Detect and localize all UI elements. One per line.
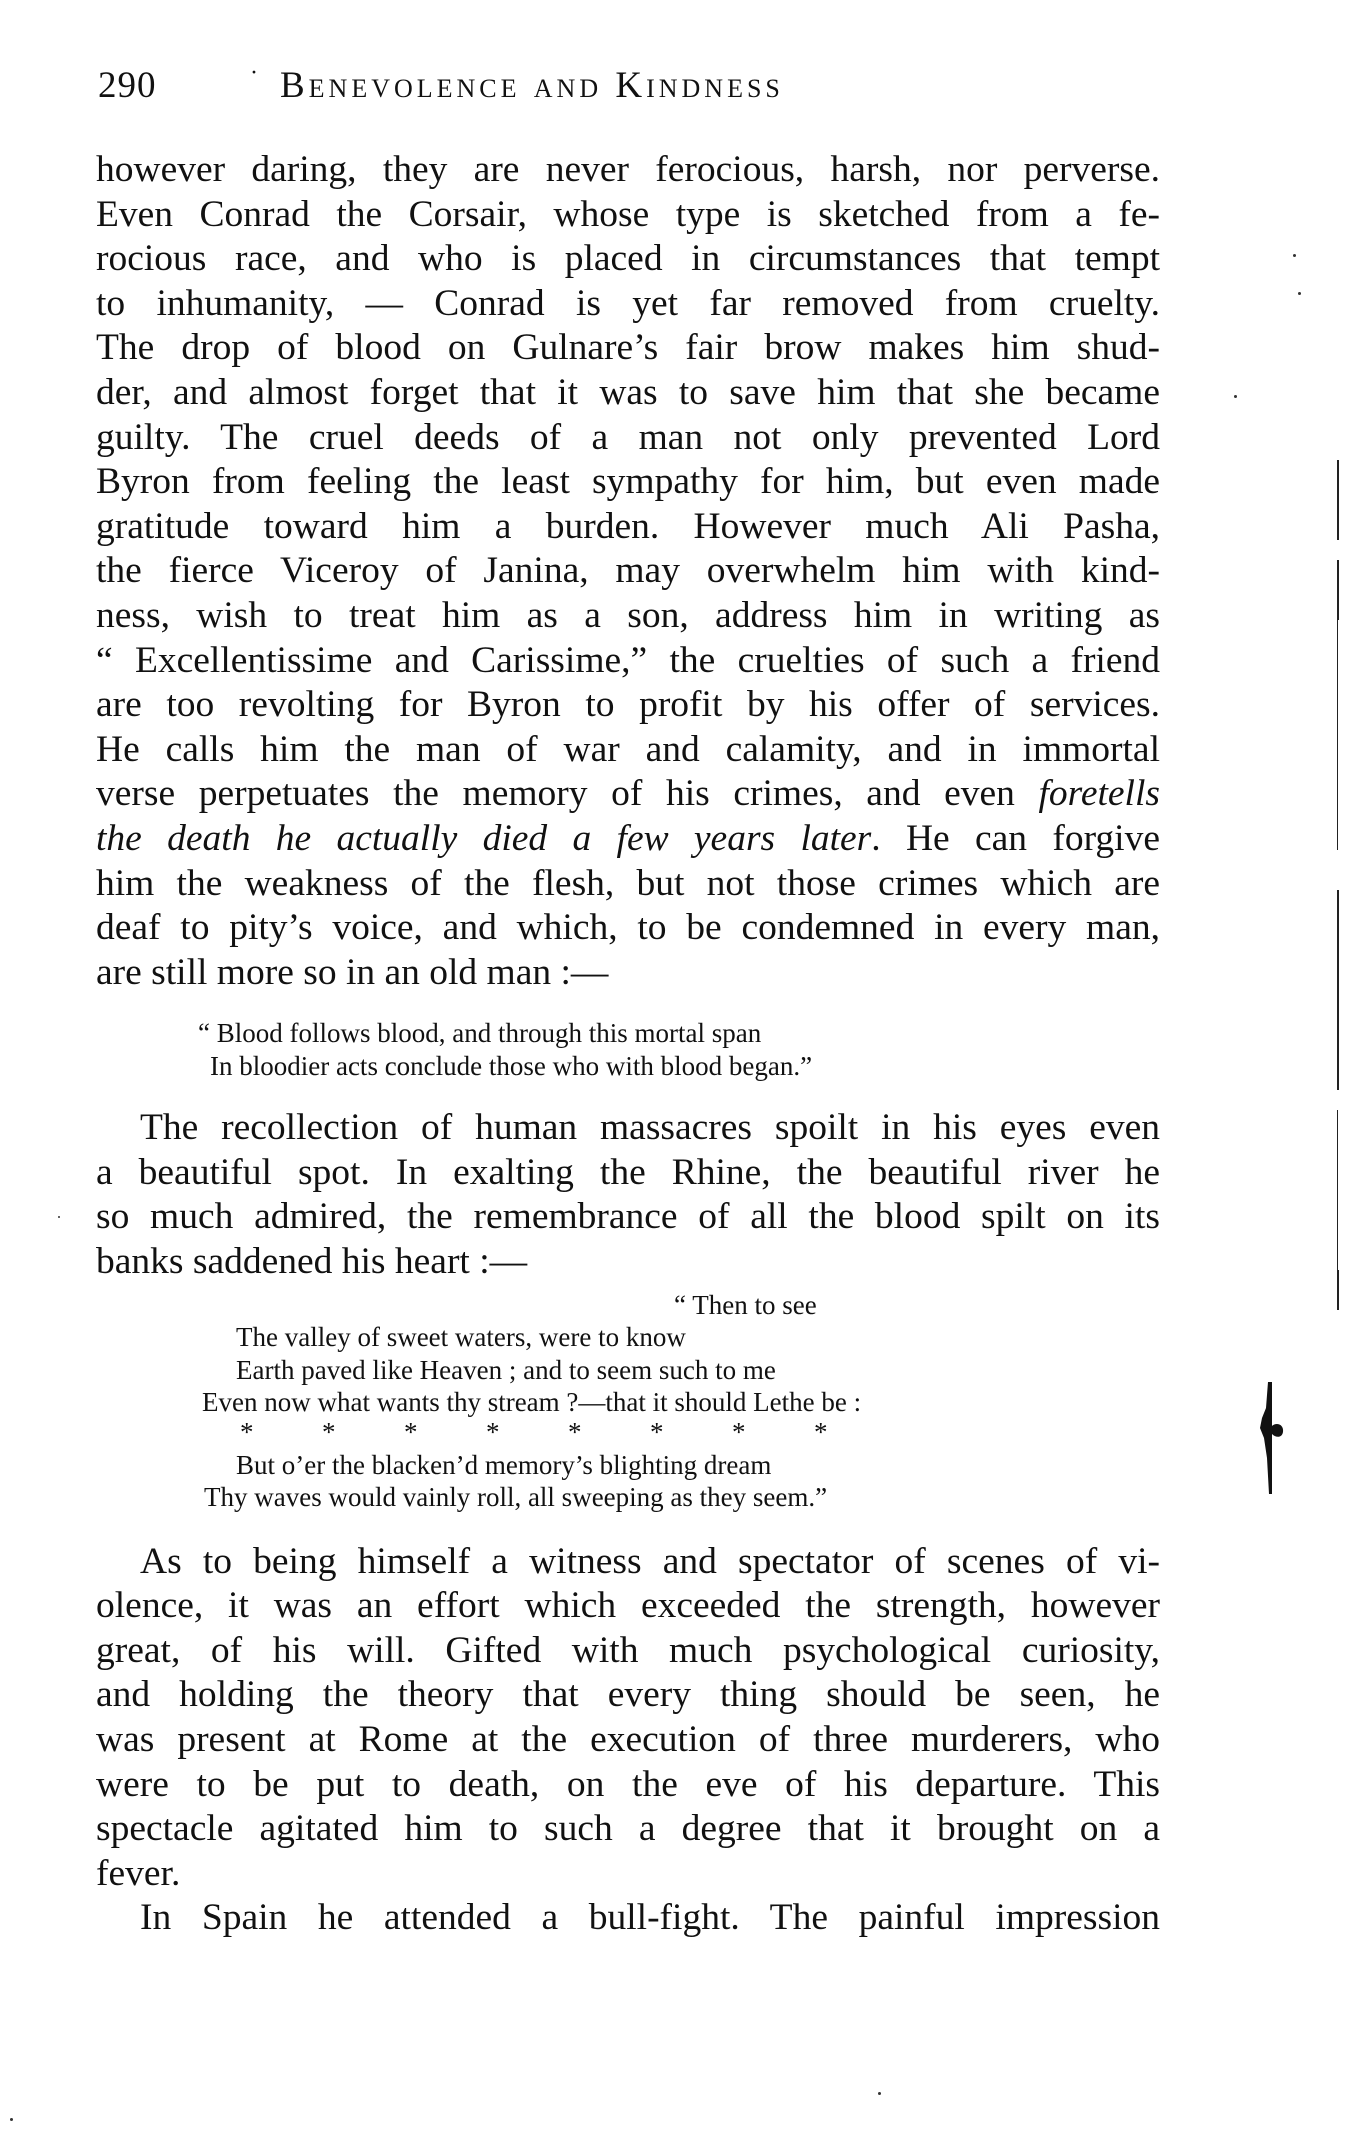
text-line: gratitude toward him a burden. However m… [96,505,1160,550]
spacer [96,995,1160,1017]
scan-speck [1234,395,1237,398]
star: * [568,1419,650,1449]
scan-margin-line [1337,1270,1339,1310]
verse-line: “ Then to see [202,1289,1160,1322]
text-line: fever. [96,1852,1160,1897]
text-line: rocious race, and who is placed in circu… [96,237,1160,282]
scan-margin-line [1337,460,1339,540]
star: * [814,1419,896,1449]
verse-quote-1: “ Blood follows blood, and through this … [96,1017,1160,1082]
text-line: guilty. The cruel deeds of a man not onl… [96,416,1160,461]
text-line: deaf to pity’s voice, and which, to be c… [96,906,1160,951]
text-line: him the weakness of the flesh, but not t… [96,862,1160,907]
text-line: ness, wish to treat him as a son, addres… [96,594,1160,639]
text-line: was present at Rome at the execution of … [96,1718,1160,1763]
italic-text: the death he actually died a few years l… [96,818,871,859]
scan-speck [58,1216,60,1218]
text-line: to inhumanity, — Conrad is yet far remov… [96,282,1160,327]
text-line: so much admired, the remembrance of all … [96,1195,1160,1240]
text-line: were to be put to death, on the eve of h… [96,1763,1160,1808]
text-line: a beautiful spot. In exalting the Rhine,… [96,1151,1160,1196]
scan-margin-line [1337,1110,1338,1270]
star: * [240,1419,322,1449]
scan-speck [10,2118,13,2121]
text-line: The recollection of human massacres spoi… [96,1106,1160,1151]
scan-margin-line [1337,890,1339,1090]
scan-margin-line [1337,560,1339,620]
paragraph-1: however daring, they are never ferocious… [96,148,1160,995]
text-line: are still more so in an old man :— [96,951,1160,996]
spacer [96,1514,1160,1540]
text-span: verse perpetuates the memory of his crim… [96,773,1038,814]
running-header: 290 · Benevolence and Kindness [98,64,1158,114]
star: * [486,1419,568,1449]
verse-line: But o’er the blacken’d memory’s blightin… [202,1449,1160,1482]
text-line: banks saddened his heart :— [96,1240,1160,1285]
star: * [322,1419,404,1449]
page-body: however daring, they are never ferocious… [96,148,1160,1941]
text-line: and holding the theory that every thing … [96,1673,1160,1718]
verse-line: In bloodier acts conclude those who with… [198,1050,1160,1083]
text-line-with-italic: verse perpetuates the memory of his crim… [96,772,1160,817]
verse-line: The valley of sweet waters, were to know [202,1321,1160,1354]
text-line: great, of his will. Gifted with much psy… [96,1629,1160,1674]
ellipsis-stars: * * * * * * * * [202,1419,1160,1449]
print-speck: · [250,60,259,87]
star: * [404,1419,486,1449]
spacer [96,1082,1160,1106]
text-line: Byron from feeling the least sympathy fo… [96,460,1160,505]
text-line: olence, it was an effort which exceeded … [96,1584,1160,1629]
text-line: spectacle agitated him to such a degree … [96,1807,1160,1852]
verse-line: “ Blood follows blood, and through this … [198,1017,1160,1050]
italic-text: foretells [1038,773,1160,814]
verse-line: Even now what wants thy stream ?—that it… [202,1386,1160,1419]
text-line: are too revolting for Byron to profit by… [96,683,1160,728]
paragraph-3: As to being himself a witness and specta… [96,1540,1160,1897]
page-number: 290 [98,64,157,107]
text-line: the fierce Viceroy of Janina, may overwh… [96,549,1160,594]
text-line: “ Excellentissime and Carissime,” the cr… [96,639,1160,684]
text-span: . He can forgive [871,818,1160,859]
book-page: 290 · Benevolence and Kindness however d… [0,0,1352,2131]
text-line-with-italic: the death he actually died a few years l… [96,817,1160,862]
verse-quote-2: “ Then to see The valley of sweet waters… [96,1289,1160,1514]
verse-line: Thy waves would vainly roll, all sweepin… [202,1481,1160,1514]
scan-speck [878,2092,881,2095]
scan-speck [1293,254,1296,257]
paragraph-2: The recollection of human massacres spoi… [96,1106,1160,1284]
star: * [732,1419,814,1449]
verse-line: Earth paved like Heaven ; and to seem su… [202,1354,1160,1387]
text-line: der, and almost forget that it was to sa… [96,371,1160,416]
paragraph-4: In Spain he attended a bull-fight. The p… [96,1896,1160,1941]
text-line: Even Conrad the Corsair, whose type is s… [96,193,1160,238]
running-title: Benevolence and Kindness [280,64,784,107]
text-line: In Spain he attended a bull-fight. The p… [96,1896,1160,1941]
text-line: The drop of blood on Gulnare’s fair brow… [96,326,1160,371]
ink-blot-mark [1254,1378,1284,1498]
star: * [650,1419,732,1449]
text-line: As to being himself a witness and specta… [96,1540,1160,1585]
text-line: however daring, they are never ferocious… [96,148,1160,193]
text-line: He calls him the man of war and calamity… [96,728,1160,773]
scan-margin-line [1337,620,1338,850]
scan-speck [1298,292,1301,295]
